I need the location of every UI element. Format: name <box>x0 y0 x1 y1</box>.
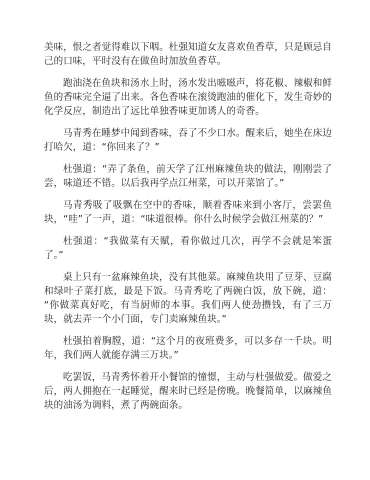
paragraph: 美味，恨之者觉得难以下咽。杜强知道女友喜欢鱼香草，只是顾忌自己的口味，平时没有在… <box>44 41 332 69</box>
paragraph: 杜强道：“弄了条鱼，前天学了江州麻辣鱼块的做法，刚刚尝了尝，味道还不错。以后我再… <box>44 163 332 191</box>
paragraph: 桌上只有一盆麻辣鱼块，没有其他菜。麻辣鱼块用了豆芽、豆腐和绿叶子菜打底，最是下饭… <box>44 271 332 327</box>
paragraph: 杜强拍着胸膛，道：“这个月的夜班费多，可以多存一千块。明年，我们两人就能存满三万… <box>44 335 332 363</box>
reader-page: 美味，恨之者觉得难以下咽。杜强知道女友喜欢鱼香草，只是顾忌自己的口味，平时没有在… <box>44 41 332 421</box>
paragraph: 马青秀吸了吸飘在空中的香味，顺着香味来到小客厅，尝罢鱼块，“哇”了一声，道：“味… <box>44 199 332 227</box>
paragraph: 吃罢饭，马青秀怀着开小餐馆的憧憬，主动与杜强做爱。做爱之后，两人拥抱在一起睡觉，… <box>44 371 332 413</box>
paragraph: 跑油浇在鱼块和汤水上时，汤水发出嗞嗞声，将花椒、辣椒和鲜鱼的香味完全逼了出来。各… <box>44 77 332 119</box>
paragraph: 杜强道：“我做菜有天赋，看你做过几次，再学不会就是笨蛋了。” <box>44 235 332 263</box>
paragraph: 马青秀在睡梦中闻到香味，吞了不少口水。醒来后，她坐在床边打哈欠，道：“你回来了？… <box>44 127 332 155</box>
